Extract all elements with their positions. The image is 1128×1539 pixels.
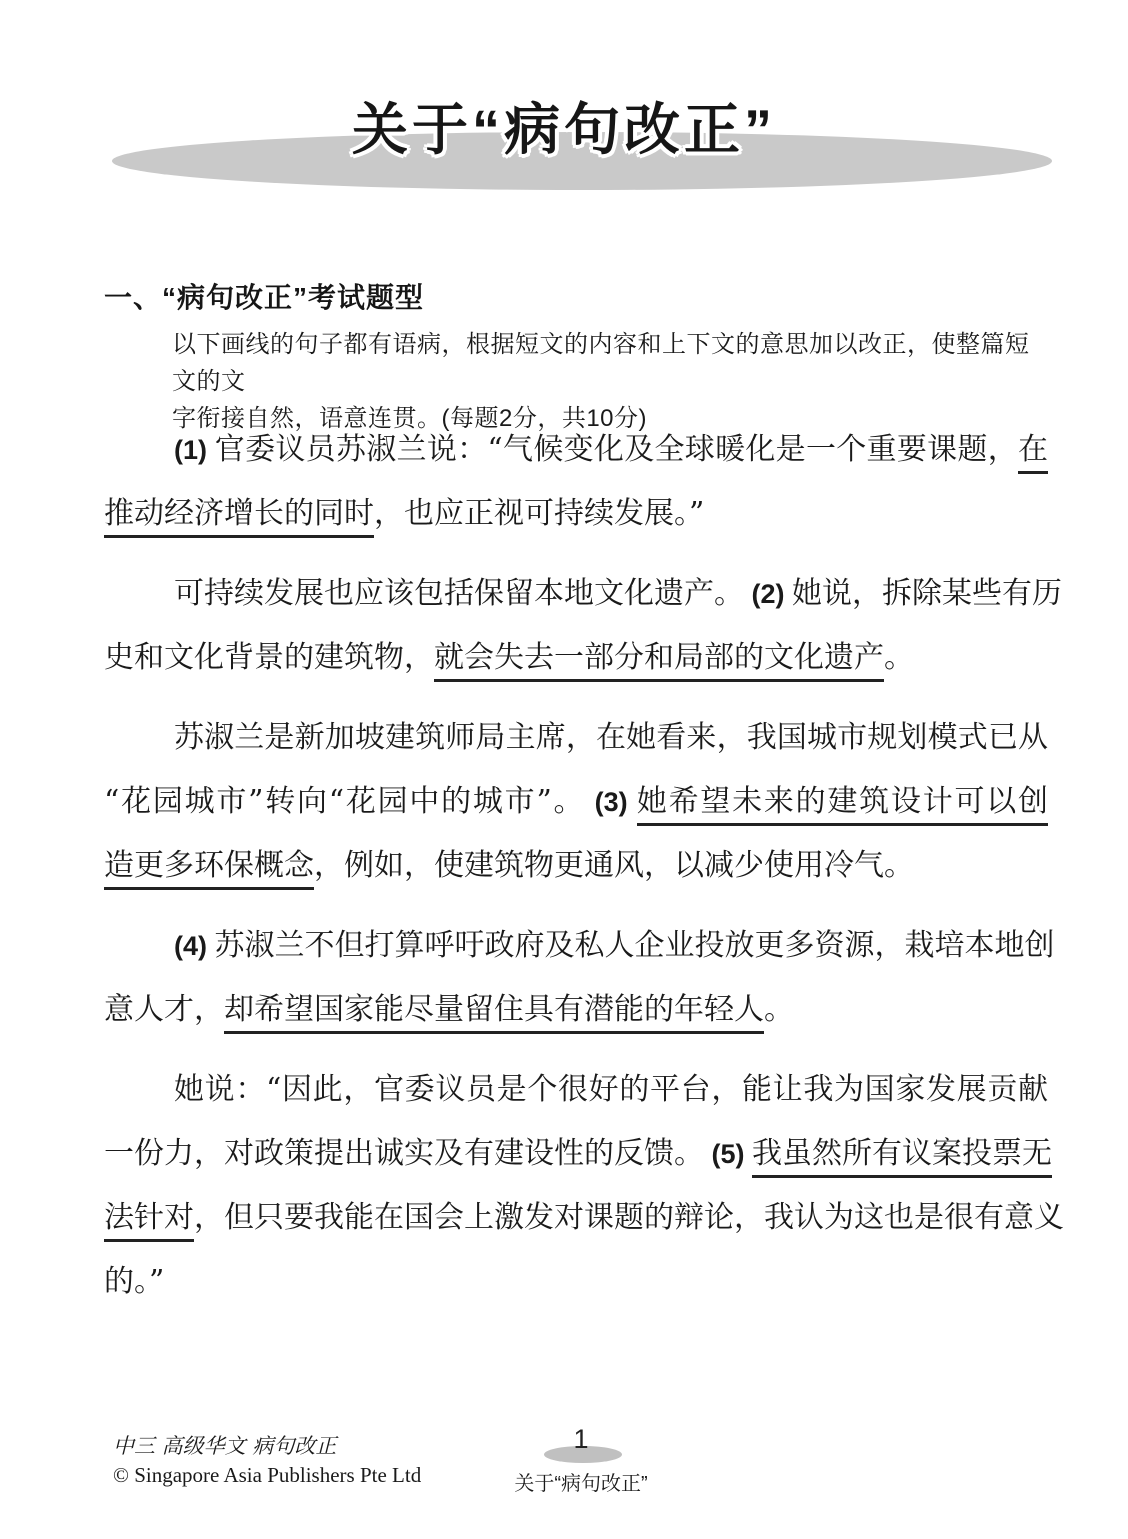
underlined-segment: 我虽然所有议案投票无 <box>752 1136 1052 1178</box>
question-number: (5) <box>704 1139 752 1169</box>
passage-paragraph: 可持续发展也应该包括保留本地文化遗产。 (2) 她说，拆除某些有历史和文化背景的… <box>104 562 1048 690</box>
passage-line: 意人才，却希望国家能尽量留住具有潜能的年轻人。 <box>104 978 1048 1042</box>
text-segment: 史和文化背景的建筑物， <box>104 640 434 675</box>
question-number: (4) <box>174 931 215 961</box>
underlined-segment: 她希望未来的建筑设计可以创 <box>637 784 1048 826</box>
text-segment: 意人才， <box>104 992 224 1027</box>
passage-line: 造更多环保概念，例如，使建筑物更通风，以减少使用冷气。 <box>104 834 1048 898</box>
section-heading: 一、“病句改正”考试题型 <box>104 281 424 315</box>
page-title: 关于“病句改正” <box>0 86 1128 166</box>
passage-line: “花园城市”转向“花园中的城市”。 (3) 她希望未来的建筑设计可以创 <box>104 770 1048 834</box>
passage-line: 苏淑兰是新加坡建筑师局主席，在她看来，我国城市规划模式已从 <box>104 706 1048 770</box>
underlined-segment: 推动经济增长的同时 <box>104 496 374 538</box>
text-segment: 可持续发展也应该包括保留本地文化遗产。 <box>174 576 744 611</box>
passage-line: 推动经济增长的同时，也应正视可持续发展。” <box>104 482 1048 546</box>
title-banner: 关于“病句改正” <box>0 0 1128 220</box>
passage-line: 法针对，但只要我能在国会上激发对课题的辩论，我认为这也是很有意义 <box>104 1186 1048 1250</box>
passage-line: 史和文化背景的建筑物，就会失去一部分和局部的文化遗产。 <box>104 626 1048 690</box>
underlined-segment: 就会失去一部分和局部的文化遗产 <box>434 640 884 682</box>
document-page: 关于“病句改正” 一、“病句改正”考试题型 以下画线的句子都有语病，根据短文的内… <box>0 0 1128 1539</box>
passage-line: (1) 官委议员苏淑兰说：“气候变化及全球暖化是一个重要课题，在 <box>104 418 1048 482</box>
question-number: (3) <box>585 787 637 817</box>
passage-paragraph: 她说：“因此，官委议员是个很好的平台，能让我为国家发展贡献一份力，对政策提出诚实… <box>104 1058 1048 1314</box>
underlined-segment: 却希望国家能尽量留住具有潜能的年轻人 <box>224 992 764 1034</box>
text-segment: 她说，拆除某些有历 <box>792 576 1062 611</box>
text-segment: 她说：“因此，官委议员是个很好的平台，能让我为国家发展贡献 <box>174 1072 1048 1107</box>
instruction-line: 以下画线的句子都有语病，根据短文的内容和上下文的意思加以改正，使整篇短文的文 <box>172 326 1050 400</box>
underlined-segment: 在 <box>1018 432 1048 474</box>
text-segment: 苏淑兰是新加坡建筑师局主席，在她看来，我国城市规划模式已从 <box>174 720 1048 755</box>
text-segment: 一份力，对政策提出诚实及有建设性的反馈。 <box>104 1136 704 1171</box>
underlined-segment: 法针对 <box>104 1200 194 1242</box>
footer-chapter-label: 关于“病句改正” <box>451 1467 711 1496</box>
text-segment: “花园城市”转向“花园中的城市”。 <box>104 784 585 819</box>
passage-paragraph: (4) 苏淑兰不但打算呼吁政府及私人企业投放更多资源，栽培本地创意人才，却希望国… <box>104 914 1048 1042</box>
text-segment: ，也应正视可持续发展。” <box>374 496 704 531</box>
passage-paragraph: (1) 官委议员苏淑兰说：“气候变化及全球暖化是一个重要课题，在推动经济增长的同… <box>104 418 1048 546</box>
text-segment: 苏淑兰不但打算呼吁政府及私人企业投放更多资源，栽培本地创 <box>215 928 1055 963</box>
passage-line: 一份力，对政策提出诚实及有建设性的反馈。 (5) 我虽然所有议案投票无 <box>104 1122 1048 1186</box>
book-series-label: 中三 高级华文 病句改正 <box>113 1430 336 1460</box>
page-number: 1 <box>451 1426 711 1453</box>
text-segment: ，但只要我能在国会上激发对课题的辩论，我认为这也是很有意义 <box>194 1200 1064 1235</box>
text-segment: 。 <box>764 992 794 1027</box>
passage: (1) 官委议员苏淑兰说：“气候变化及全球暖化是一个重要课题，在推动经济增长的同… <box>104 418 1048 1314</box>
text-segment: 。 <box>884 640 914 675</box>
passage-line: (4) 苏淑兰不但打算呼吁政府及私人企业投放更多资源，栽培本地创 <box>104 914 1048 978</box>
passage-line: 的。” <box>104 1250 1048 1314</box>
text-segment: 官委议员苏淑兰说：“气候变化及全球暖化是一个重要课题， <box>215 432 1018 467</box>
question-number: (1) <box>174 435 215 465</box>
text-segment: 的。” <box>104 1264 164 1299</box>
passage-line: 她说：“因此，官委议员是个很好的平台，能让我为国家发展贡献 <box>104 1058 1048 1122</box>
text-segment: ，例如，使建筑物更通风，以减少使用冷气。 <box>314 848 914 883</box>
passage-line: 可持续发展也应该包括保留本地文化遗产。 (2) 她说，拆除某些有历 <box>104 562 1048 626</box>
passage-paragraph: 苏淑兰是新加坡建筑师局主席，在她看来，我国城市规划模式已从“花园城市”转向“花园… <box>104 706 1048 898</box>
copyright-label: © Singapore Asia Publishers Pte Ltd <box>113 1463 421 1488</box>
question-number: (2) <box>744 579 792 609</box>
underlined-segment: 造更多环保概念 <box>104 848 314 890</box>
